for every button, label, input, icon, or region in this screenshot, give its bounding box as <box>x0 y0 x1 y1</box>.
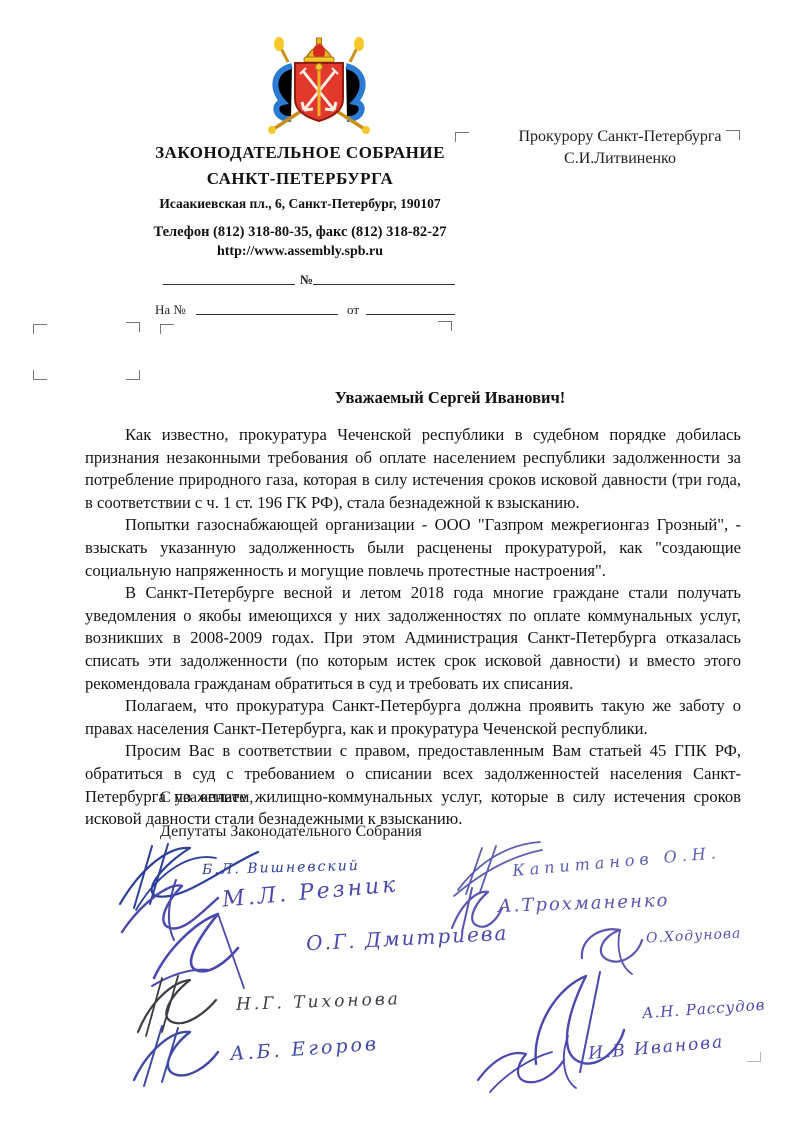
recipient-block: Прокурору Санкт-Петербурга С.И.Литвиненк… <box>500 126 740 170</box>
org-name-line2: САНКТ-ПЕТЕРБУРГА <box>110 166 490 192</box>
coat-of-arms-spb-icon <box>258 36 380 136</box>
corner-mark <box>126 370 140 380</box>
on-number-label: На № <box>155 302 186 318</box>
org-name-line1: ЗАКОНОДАТЕЛЬНОЕ СОБРАНИЕ <box>110 140 490 166</box>
number-sign-label: № <box>300 272 313 288</box>
incoming-date-line <box>366 300 455 315</box>
scanned-letter-page: ЗАКОНОДАТЕЛЬНОЕ СОБРАНИЕ САНКТ-ПЕТЕРБУРГ… <box>0 0 800 1131</box>
corner-mark <box>33 370 47 380</box>
signature-name: Н.Г. Тихонова <box>236 989 401 1015</box>
signature-flourish <box>128 1022 228 1092</box>
signature-flourish <box>472 1028 587 1098</box>
closing-regards: С уважением, <box>160 789 253 807</box>
org-phone: Телефон (812) 318-80-35, факс (812) 318-… <box>110 224 490 241</box>
corner-mark <box>455 132 469 142</box>
paragraph: Попытки газоснабжающей организации - ООО… <box>85 514 741 582</box>
paragraph: В Санкт-Петербурге весной и летом 2018 г… <box>85 582 741 695</box>
corner-mark <box>33 324 47 334</box>
recipient-title: Прокурору Санкт-Петербурга <box>500 126 740 148</box>
paragraph: Полагаем, что прокуратура Санкт-Петербур… <box>85 695 741 740</box>
recipient-name: С.И.Литвиненко <box>500 148 740 170</box>
from-label: от <box>347 302 359 318</box>
corner-mark <box>726 130 740 140</box>
org-website: http://www.assembly.spb.ru <box>110 244 490 260</box>
corner-mark <box>438 321 452 331</box>
corner-mark <box>747 1052 761 1062</box>
paragraph: Просим Вас в соответствии с правом, пред… <box>85 740 741 830</box>
outgoing-number-line <box>163 270 295 285</box>
signature-name: О.Ходунова <box>646 926 742 947</box>
signature-name: О.Г. Дмитриева <box>306 921 509 956</box>
org-address: Исаакиевская пл., 6, Санкт-Петербург, 19… <box>110 196 490 212</box>
paragraph: Как известно, прокуратура Чеченской респ… <box>85 424 741 514</box>
signature-name: А.Б. Егоров <box>229 1033 379 1065</box>
org-name: ЗАКОНОДАТЕЛЬНОЕ СОБРАНИЕ САНКТ-ПЕТЕРБУРГ… <box>110 140 490 192</box>
incoming-number-line <box>196 300 338 315</box>
letter-body: Как известно, прокуратура Чеченской респ… <box>85 424 741 831</box>
corner-mark <box>160 324 174 334</box>
corner-mark <box>126 322 140 332</box>
outgoing-date-line <box>313 270 455 285</box>
salutation: Уважаемый Сергей Иванович! <box>120 388 780 408</box>
signature-name: А.Н. Рассудов <box>642 996 767 1023</box>
